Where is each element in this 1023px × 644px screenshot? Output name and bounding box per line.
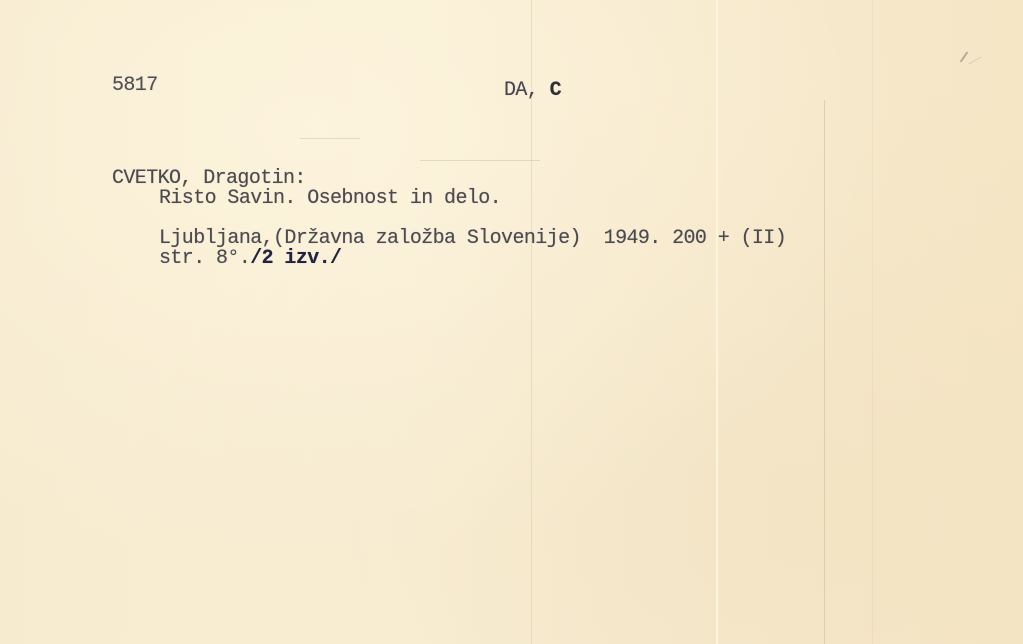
faint-mark xyxy=(420,160,540,161)
paper-fold-line xyxy=(824,100,825,644)
faint-mark xyxy=(300,138,360,139)
catalog-card: 5817 DA, C CVETKO, Dragotin: Risto Savin… xyxy=(0,0,1023,644)
shelf-mark-suffix: C xyxy=(550,79,561,102)
copies-note: /2 izv./ xyxy=(250,247,341,270)
pencil-check-icon xyxy=(969,57,982,65)
accession-number: 5817 xyxy=(112,76,158,96)
paper-fold-line xyxy=(716,0,718,644)
shelf-mark-prefix: DA, xyxy=(504,79,550,102)
imprint-line: Ljubljana,(Državna založba Slovenije) 19… xyxy=(159,229,786,249)
author-heading: CVETKO, Dragotin: xyxy=(112,169,306,189)
pencil-check-icon xyxy=(960,52,969,63)
pages-format: str. 8°. xyxy=(159,247,250,270)
paper-fold-line xyxy=(872,0,873,644)
book-title: Risto Savin. Osebnost in delo. xyxy=(159,189,501,209)
shelf-mark: DA, C xyxy=(504,81,561,101)
collation-line: str. 8°./2 izv./ xyxy=(159,249,341,269)
